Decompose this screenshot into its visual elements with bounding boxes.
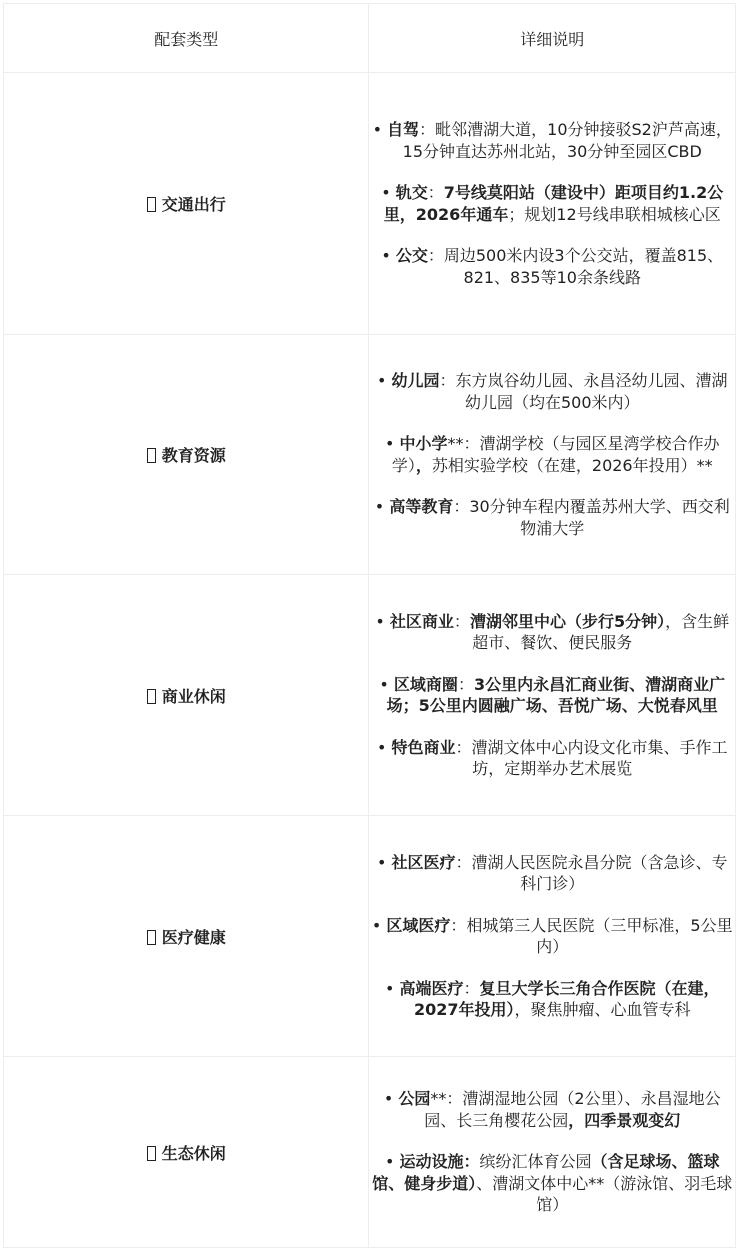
table-row: 交通出行• 自驾：毗邻漕湖大道，10分钟接驳S2沪芦高速，15分钟直达苏州北站，… [4, 73, 736, 335]
item-text: ，聚焦肿瘤、心血管专科 [515, 1000, 691, 1019]
item-text: ：相城第三人民医院（三甲标准，5公里内） [450, 916, 732, 957]
table-row: 医疗健康• 社区医疗：漕湖人民医院永昌分院（含急诊、专科门诊）• 区域医疗：相城… [4, 816, 736, 1057]
bullet-icon: • [377, 738, 392, 757]
type-cell: 生态休闲 [4, 1057, 369, 1236]
list-item: • 运动设施：缤纷汇体育公园（含足球场、篮球馆、健身步道）、漕湖文体中心**（游… [370, 1151, 734, 1216]
item-text: 漕湖邻里中心（步行5分钟） [470, 612, 665, 631]
amenities-table: 配套类型 详细说明 交通出行• 自驾：毗邻漕湖大道，10分钟接驳S2沪芦高速，1… [3, 3, 736, 1235]
list-item: • 公交：周边500米内设3个公交站，覆盖815、821、835等10余条线路 [370, 245, 734, 288]
bullet-icon: • [377, 371, 392, 390]
item-label: 区域医疗 [386, 916, 450, 935]
item-label: 轨交 [396, 183, 428, 202]
bullet-icon: • [385, 1152, 400, 1171]
item-text: ： [428, 183, 444, 202]
item-text: 、漕湖文体中心**（游泳馆、羽毛球馆） [476, 1174, 732, 1215]
type-cell: 商业休闲 [4, 575, 369, 816]
item-text: ：30分钟车程内覆盖苏州大学、西交利物浦大学 [453, 497, 729, 538]
table-header-row: 配套类型 详细说明 [4, 4, 736, 73]
header-description: 详细说明 [369, 4, 736, 73]
list-item: • 社区商业：漕湖邻里中心（步行5分钟），含生鲜超市、餐饮、便民服务 [370, 611, 734, 654]
item-label: 幼儿园 [391, 371, 439, 390]
item-text: ： [464, 979, 480, 998]
item-label: 社区医疗 [391, 853, 455, 872]
bullet-icon: • [385, 434, 400, 453]
item-text: ， [416, 456, 432, 475]
type-cell: 交通出行 [4, 73, 369, 335]
list-item: • 社区医疗：漕湖人民医院永昌分院（含急诊、专科门诊） [370, 852, 734, 895]
list-item: • 区域医疗：相城第三人民医院（三甲标准，5公里内） [370, 915, 734, 958]
bullet-icon: • [384, 1089, 399, 1108]
item-text: ： [463, 1152, 479, 1171]
list-item: • 中小学**：漕湖学校（与园区星湾学校合作办学），苏相实验学校（在建，2026… [370, 433, 734, 476]
description-cell: • 幼儿园：东方岚谷幼儿园、永昌泾幼儿园、漕湖幼儿园（均在500米内）• 中小学… [369, 335, 736, 575]
list-item: • 特色商业：漕湖文体中心内设文化市集、手作工坊，定期举办艺术展览 [370, 737, 734, 780]
item-text: ：漕湖文体中心内设文化市集、手作工坊，定期举办艺术展览 [456, 738, 728, 779]
bullet-icon: • [372, 916, 387, 935]
missing-glyph-icon [147, 448, 156, 463]
bullet-icon: • [373, 120, 388, 139]
item-label: 运动设施 [399, 1152, 463, 1171]
description-cell: • 公园**：漕湖湿地公园（2公里）、永昌湿地公园、长三角樱花公园，四季景观变幻… [369, 1057, 736, 1236]
bullet-icon: • [381, 183, 396, 202]
table-row: 商业休闲• 社区商业：漕湖邻里中心（步行5分钟），含生鲜超市、餐饮、便民服务• … [4, 575, 736, 816]
missing-glyph-icon [147, 930, 156, 945]
type-cell: 教育资源 [4, 335, 369, 575]
table-row: 教育资源• 幼儿园：东方岚谷幼儿园、永昌泾幼儿园、漕湖幼儿园（均在500米内）•… [4, 335, 736, 575]
description-cell: • 社区商业：漕湖邻里中心（步行5分钟），含生鲜超市、餐饮、便民服务• 区域商圈… [369, 575, 736, 816]
item-label: 公交 [396, 246, 428, 265]
type-label: 医疗健康 [162, 928, 226, 947]
missing-glyph-icon [147, 197, 156, 212]
list-item: • 自驾：毗邻漕湖大道，10分钟接驳S2沪芦高速，15分钟直达苏州北站，30分钟… [370, 119, 734, 162]
list-item: • 轨交：7号线莫阳站（建设中）距项目约1.2公里，2026年通车；规划12号线… [370, 182, 734, 225]
missing-glyph-icon [147, 689, 156, 704]
type-label: 交通出行 [162, 195, 226, 214]
bullet-icon: • [381, 246, 396, 265]
item-text: 苏相实验学校（在建，2026年投用）** [432, 456, 713, 475]
missing-glyph-icon [147, 1146, 156, 1161]
item-label: 高等教育 [389, 497, 453, 516]
item-text: 缤纷汇体育公园 [480, 1152, 592, 1171]
item-text: ： [458, 675, 474, 694]
item-text: ：漕湖人民医院永昌分院（含急诊、专科门诊） [456, 853, 728, 894]
item-label: 社区商业 [390, 612, 454, 631]
description-cell: • 自驾：毗邻漕湖大道，10分钟接驳S2沪芦高速，15分钟直达苏州北站，30分钟… [369, 73, 736, 335]
table-row: 生态休闲• 公园**：漕湖湿地公园（2公里）、永昌湿地公园、长三角樱花公园，四季… [4, 1057, 736, 1236]
item-label: 中小学 [399, 434, 447, 453]
item-label: 区域商圈 [394, 675, 458, 694]
list-item: • 幼儿园：东方岚谷幼儿园、永昌泾幼儿园、漕湖幼儿园（均在500米内） [370, 370, 734, 413]
bullet-icon: • [377, 853, 392, 872]
bullet-icon: • [385, 979, 400, 998]
item-label: 自驾 [387, 120, 419, 139]
type-label: 教育资源 [162, 446, 226, 465]
item-label: 公园 [398, 1089, 430, 1108]
list-item: • 区域商圈：3公里内永昌汇商业街、漕湖商业广场；5公里内圆融广场、吾悦广场、大… [370, 674, 734, 717]
item-label: 特色商业 [391, 738, 455, 757]
item-text: ： [454, 612, 470, 631]
header-type: 配套类型 [4, 4, 369, 73]
type-label: 商业休闲 [162, 687, 226, 706]
item-text: ：周边500米内设3个公交站，覆盖815、821、835等10余条线路 [428, 246, 723, 287]
description-cell: • 社区医疗：漕湖人民医院永昌分院（含急诊、专科门诊）• 区域医疗：相城第三人民… [369, 816, 736, 1057]
type-cell: 医疗健康 [4, 816, 369, 1057]
item-text: ：毗邻漕湖大道，10分钟接驳S2沪芦高速，15分钟直达苏州北站，30分钟至园区C… [403, 120, 732, 161]
list-item: • 公园**：漕湖湿地公园（2公里）、永昌湿地公园、长三角樱花公园，四季景观变幻 [370, 1088, 734, 1131]
bullet-icon: • [375, 612, 390, 631]
list-item: • 高等教育：30分钟车程内覆盖苏州大学、西交利物浦大学 [370, 496, 734, 539]
item-text: ，四季景观变幻 [568, 1111, 680, 1130]
list-item: • 高端医疗：复旦大学长三角合作医院（在建，2027年投用），聚焦肿瘤、心血管专… [370, 978, 734, 1021]
type-label: 生态休闲 [162, 1144, 226, 1163]
item-label: 高端医疗 [399, 979, 463, 998]
bullet-icon: • [379, 675, 394, 694]
item-text: ；规划12号线串联相城核心区 [508, 205, 720, 224]
item-text: ：东方岚谷幼儿园、永昌泾幼儿园、漕湖幼儿园（均在500米内） [440, 371, 728, 412]
bullet-icon: • [375, 497, 390, 516]
